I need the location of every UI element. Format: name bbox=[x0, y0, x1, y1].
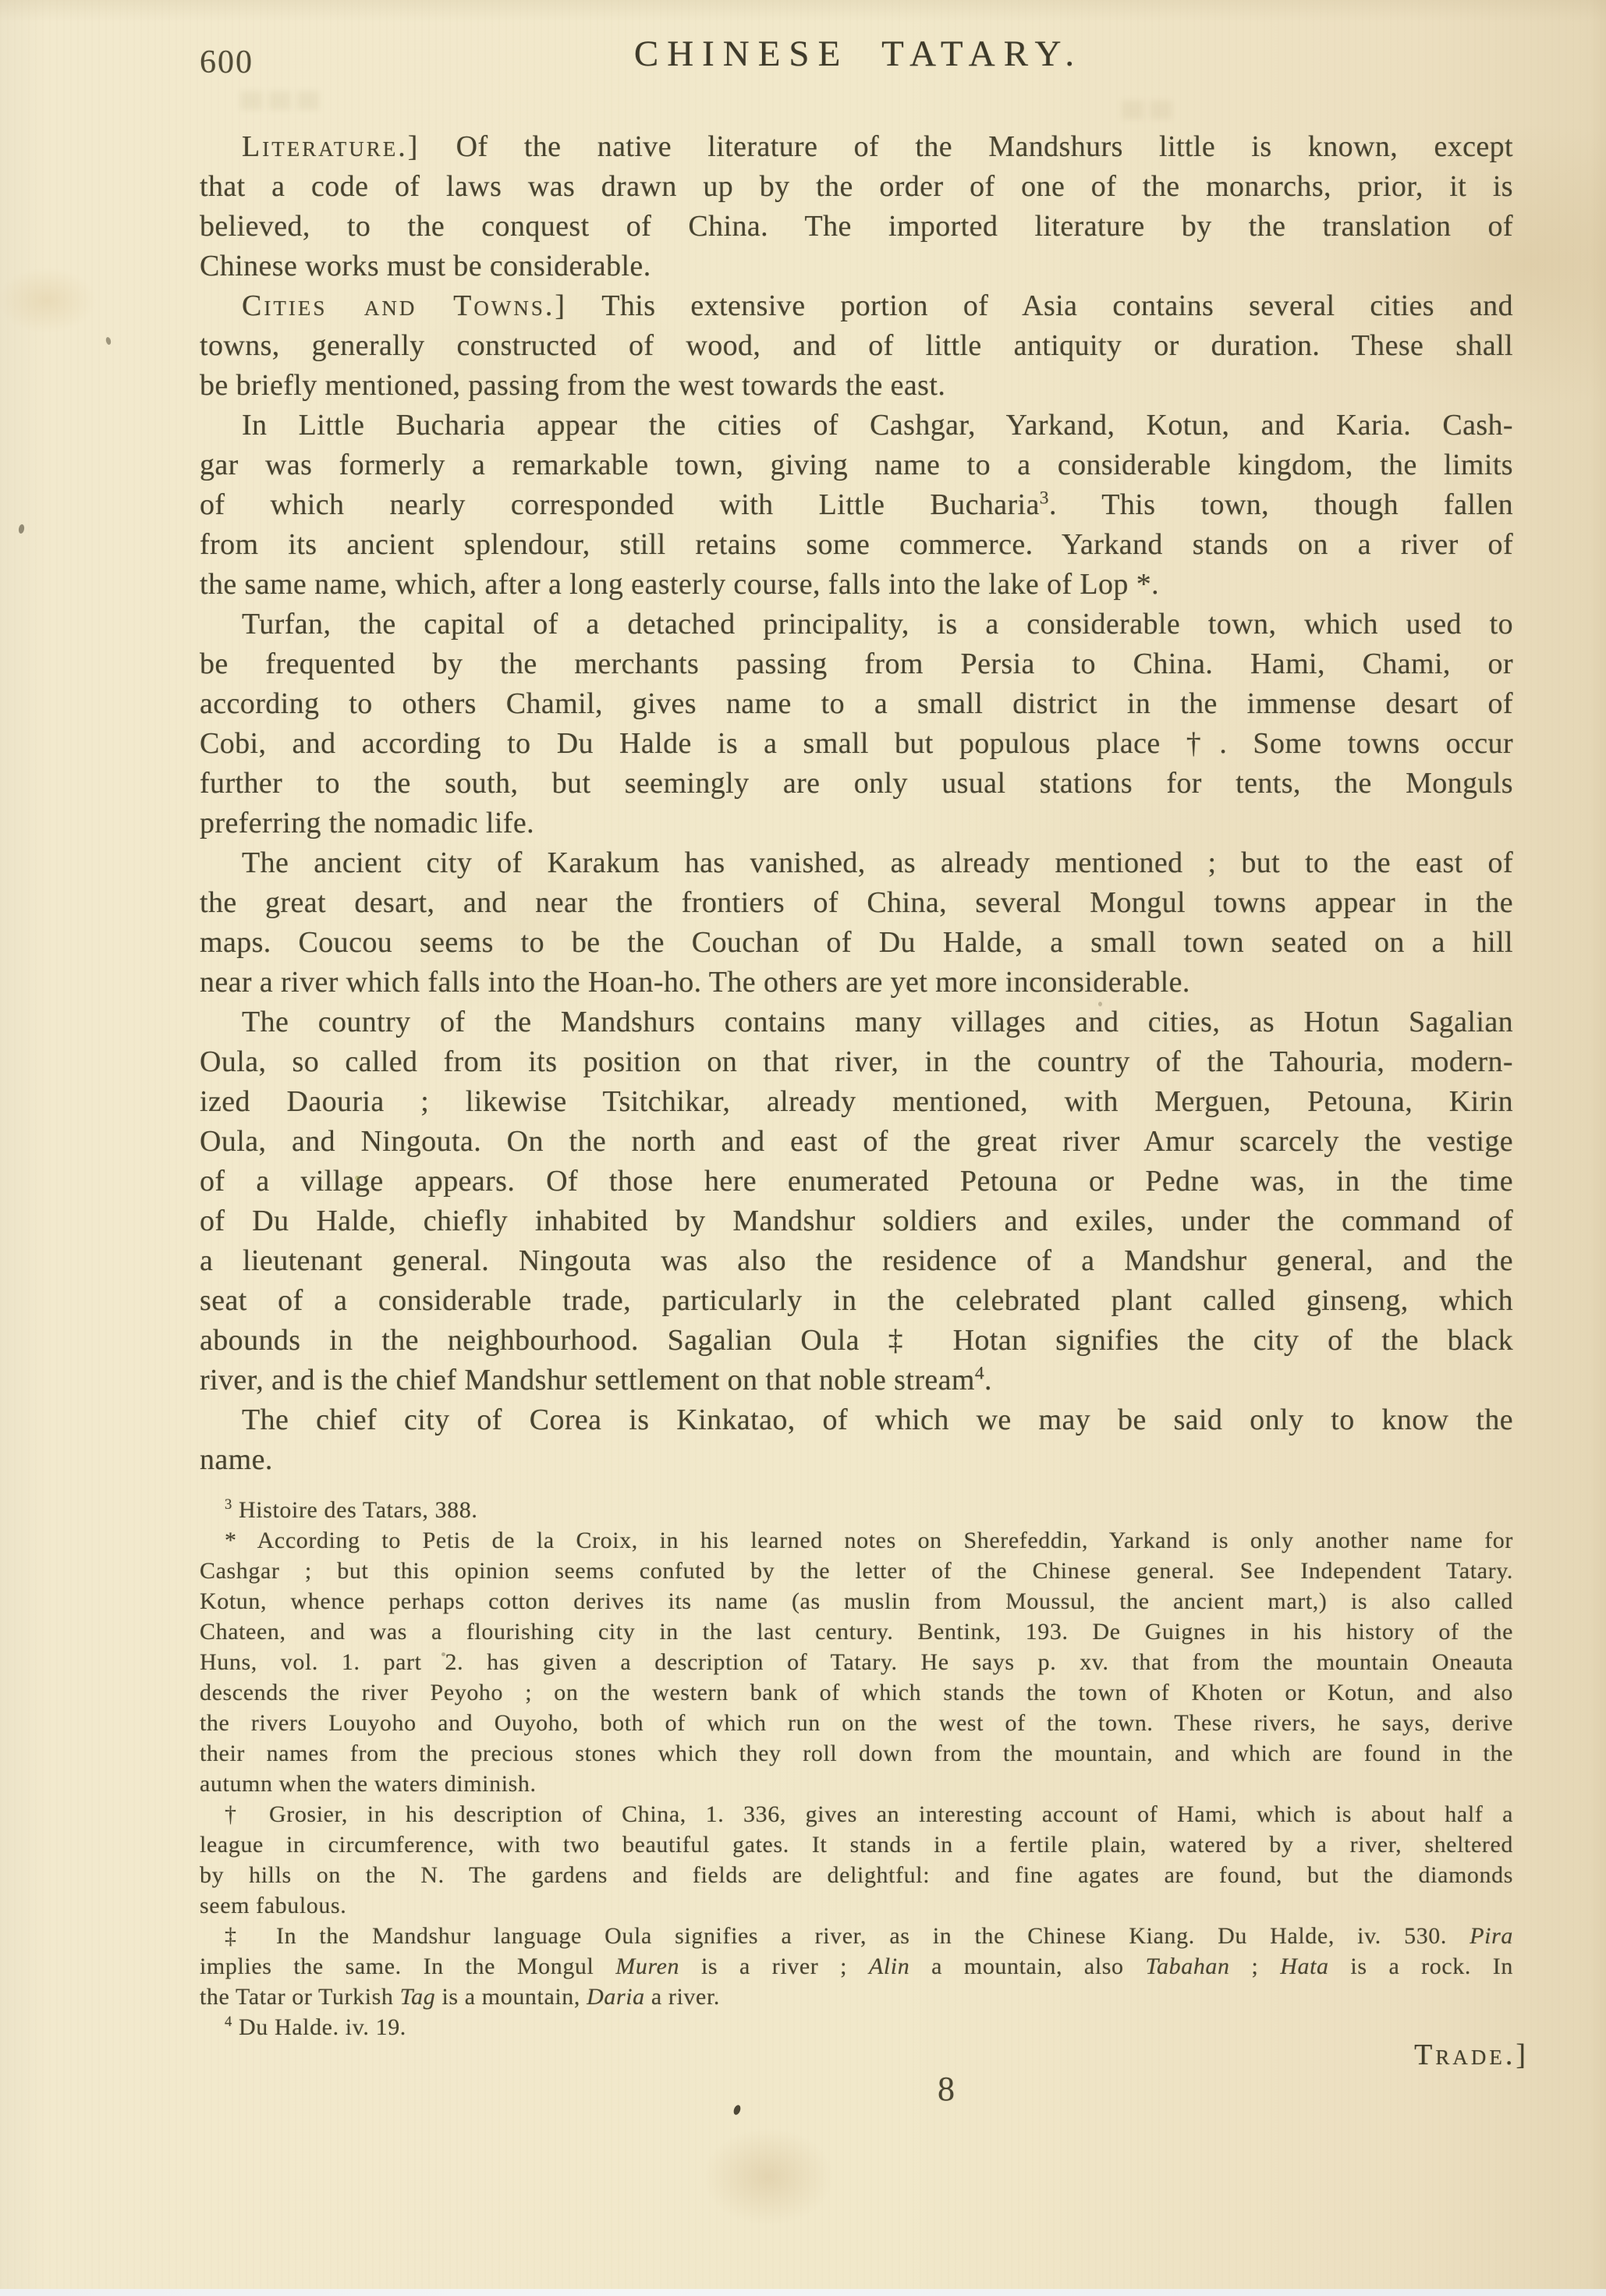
body-line: preferring the nomadic life. bbox=[200, 804, 1513, 843]
footnote-line: Chateen, and was a flourishing city in t… bbox=[200, 1616, 1513, 1647]
footnote-line: 3 Histoire des Tatars, 388. bbox=[200, 1495, 1513, 1525]
footnote-line: ‡ In the Mandshur language Oula signifie… bbox=[200, 1921, 1513, 1951]
body-line: the same name, which, after a long easte… bbox=[200, 565, 1513, 605]
body-line: Turfan, the capital of a detached princi… bbox=[200, 605, 1513, 644]
body-line: name. bbox=[200, 1440, 1513, 1480]
footnote-line: Cashgar ; but this opinion seems confute… bbox=[200, 1556, 1513, 1586]
book-page-scan: ▄▄▄ ▄▄ 600 CHINESE TATARY. Literature.] … bbox=[0, 0, 1606, 2296]
body-line: ized Daouria ; likewise Tsitchikar, alre… bbox=[200, 1082, 1513, 1122]
footnote-line: descends the river Peyoho ; on the weste… bbox=[200, 1677, 1513, 1708]
footnote-line: † Grosier, in his description of China, … bbox=[200, 1799, 1513, 1829]
body-line: The country of the Mandshurs contains ma… bbox=[200, 1003, 1513, 1042]
footnotes-block: 3 Histoire des Tatars, 388.* According t… bbox=[200, 1495, 1513, 2042]
body-line: In Little Bucharia appear the cities of … bbox=[200, 406, 1513, 445]
footnote-line: by hills on the N. The gardens and field… bbox=[200, 1860, 1513, 1890]
body-line: Oula, and Ningouta. On the north and eas… bbox=[200, 1122, 1513, 1162]
scan-edge-strip bbox=[0, 2289, 1606, 2296]
footnote-line: their names from the precious stones whi… bbox=[200, 1738, 1513, 1769]
body-line: towns, generally constructed of wood, an… bbox=[200, 326, 1513, 366]
body-line: be briefly mentioned, passing from the w… bbox=[200, 366, 1513, 406]
footnote-line: * According to Petis de la Croix, in his… bbox=[200, 1525, 1513, 1556]
ink-speck bbox=[18, 523, 25, 534]
body-line: that a code of laws was drawn up by the … bbox=[200, 167, 1513, 207]
footnote-line: league in circumference, with two beauti… bbox=[200, 1829, 1513, 1860]
body-line: of Du Halde, chiefly inhabited by Mandsh… bbox=[200, 1201, 1513, 1241]
catchword: Trade.] bbox=[1279, 2038, 1529, 2072]
footnote-line: Kotun, whence perhaps cotton derives its… bbox=[200, 1586, 1513, 1616]
body-line: maps. Coucou seems to be the Couchan of … bbox=[200, 923, 1513, 963]
body-line: the great desart, and near the frontiers… bbox=[200, 883, 1513, 923]
running-head-title: CHINESE TATARY. bbox=[0, 33, 1606, 75]
body-line: from its ancient splendour, still retain… bbox=[200, 525, 1513, 565]
body-line: a lieutenant general. Ningouta was also … bbox=[200, 1241, 1513, 1281]
body-line: according to others Chamil, gives name t… bbox=[200, 684, 1513, 724]
body-line: further to the south, but seemingly are … bbox=[200, 764, 1513, 804]
body-line: Cities and Towns.] This extensive portio… bbox=[200, 286, 1513, 326]
body-line: near a river which falls into the Hoan-h… bbox=[200, 963, 1513, 1003]
showthrough-smudge: ▄▄ bbox=[1115, 81, 1172, 118]
footnote-line: the rivers Louyoho and Ouyoho, both of w… bbox=[200, 1708, 1513, 1738]
footnote-line: autumn when the waters diminish. bbox=[200, 1769, 1513, 1799]
body-line: Literature.] Of the native literature of… bbox=[200, 127, 1513, 167]
footnote-line: Huns, vol. 1. part 2. has given a descri… bbox=[200, 1647, 1513, 1677]
footnote-line: the Tatar or Turkish Tag is a mountain, … bbox=[200, 1982, 1513, 2012]
body-line: believed, to the conquest of China. The … bbox=[200, 207, 1513, 247]
ink-speck bbox=[105, 336, 112, 345]
footnote-line: seem fabulous. bbox=[200, 1890, 1513, 1921]
ink-speck bbox=[732, 2104, 742, 2116]
ink-speck bbox=[1098, 1002, 1102, 1006]
body-line: Oula, so called from its position on tha… bbox=[200, 1042, 1513, 1082]
body-line: seat of a considerable trade, particular… bbox=[200, 1281, 1513, 1321]
footnote-line: implies the same. In the Mongul Muren is… bbox=[200, 1951, 1513, 1982]
body-line: Cobi, and according to Du Halde is a sma… bbox=[200, 724, 1513, 764]
body-line: river, and is the chief Mandshur settlem… bbox=[200, 1361, 1513, 1400]
body-line: Chinese works must be considerable. bbox=[200, 247, 1513, 286]
signature-mark: 8 bbox=[938, 2069, 955, 2109]
body-line: The ancient city of Karakum has vanished… bbox=[200, 843, 1513, 883]
body-text-block: Literature.] Of the native literature of… bbox=[200, 127, 1513, 1480]
body-line: gar was formerly a remarkable town, givi… bbox=[200, 445, 1513, 485]
body-line: abounds in the neighbourhood. Sagalian O… bbox=[200, 1321, 1513, 1361]
body-line: The chief city of Corea is Kinkatao, of … bbox=[200, 1400, 1513, 1440]
body-line: of a village appears. Of those here enum… bbox=[200, 1162, 1513, 1201]
ink-speck bbox=[441, 1652, 445, 1656]
body-line: of which nearly corresponded with Little… bbox=[200, 485, 1513, 525]
body-line: be frequented by the merchants passing f… bbox=[200, 644, 1513, 684]
ink-speck bbox=[355, 1176, 360, 1180]
